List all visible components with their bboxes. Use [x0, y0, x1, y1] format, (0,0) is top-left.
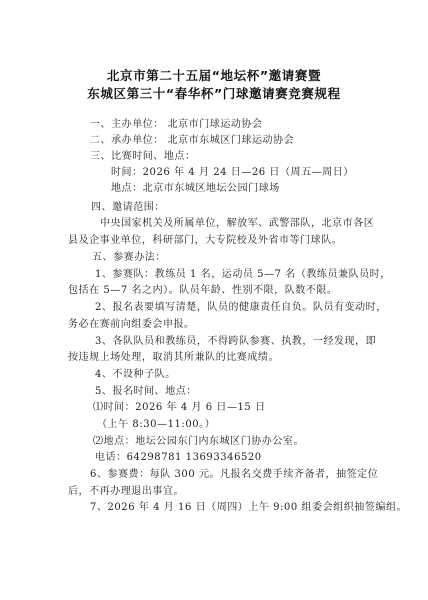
co-organizer-line: 二、承办单位： 北京市东城区门球运动协会: [90, 133, 294, 149]
rule-3-line-1: 3、各队队员和教练员，不得跨队参赛、执教，一经发现，即: [95, 334, 376, 350]
rule-6-line-2: 后，不再办理退出事宜。: [68, 484, 184, 500]
registration-place-line: ⑵地点：地坛公园东门内东城区门协办公室。: [93, 434, 304, 450]
invitation-scope-line-1: 中央国家机关及所属单位，解放军、武警部队，北京市各区: [100, 216, 374, 232]
registration-hours-line: （上午 8:30—11:00。）: [97, 417, 215, 433]
phone-line: 电话：64298781 13693346520: [95, 450, 262, 466]
organizer-line: 一、主办单位： 北京市门球运动协会: [90, 117, 263, 133]
rule-2-line-1: 2、报名表要填写清楚，队员的健康责任自负。队员有变动时，: [95, 300, 387, 316]
invitation-scope-line-2: 县及企事业单位，科研部门，大专院校及外省市等门球队。: [68, 233, 342, 249]
rule-4-line: 4、不设种子队。: [95, 367, 176, 383]
section-time-place-heading: 三、比赛时间、地点：: [90, 149, 196, 165]
document-page: 北京市第二十五届“地坛杯”邀请赛暨 东城区第三十“春华杯”门球邀请赛竞赛规程 一…: [0, 0, 428, 600]
rule-2-line-2: 务必在赛前向组委会申报。: [68, 317, 195, 333]
match-time-line: 时间：2026 年 4 月 24 日—26 日（周五—周日）: [111, 165, 354, 181]
rule-7-line: 7、2026 年 4 月 16 日（周四）上午 9:00 组委会组织抽签编组。: [90, 500, 407, 516]
document-title-line-2: 东城区第三十“春华杯”门球邀请赛竞赛规程: [0, 85, 428, 103]
rule-5-heading: 5、报名时间、地点：: [95, 384, 197, 400]
match-place-line: 地点：北京市东城区地坛公园门球场: [111, 181, 280, 197]
section-invitation-heading: 四、邀请范围：: [91, 200, 165, 216]
rule-1-line-2: 包括在 5—7 名之内）。队员年龄、性别不限，队数不限。: [68, 283, 337, 299]
section-rules-heading: 五、参赛办法：: [92, 250, 166, 266]
rule-3-line-2: 按违规上场处理，取消其所兼队的比赛成绩。: [68, 350, 279, 366]
document-title-line-1: 北京市第二十五届“地坛杯”邀请赛暨: [0, 67, 428, 85]
rule-6-line-1: 6、参赛费：每队 300 元。凡报名交费手续齐备者，抽签定位: [90, 467, 378, 483]
registration-time-line: ⑴时间：2026 年 4 月 6 日—15 日: [93, 400, 266, 416]
rule-1-line-1: 1、参赛队：教练员 1 名，运动员 5—7 名（教练员兼队员时，: [95, 267, 391, 283]
